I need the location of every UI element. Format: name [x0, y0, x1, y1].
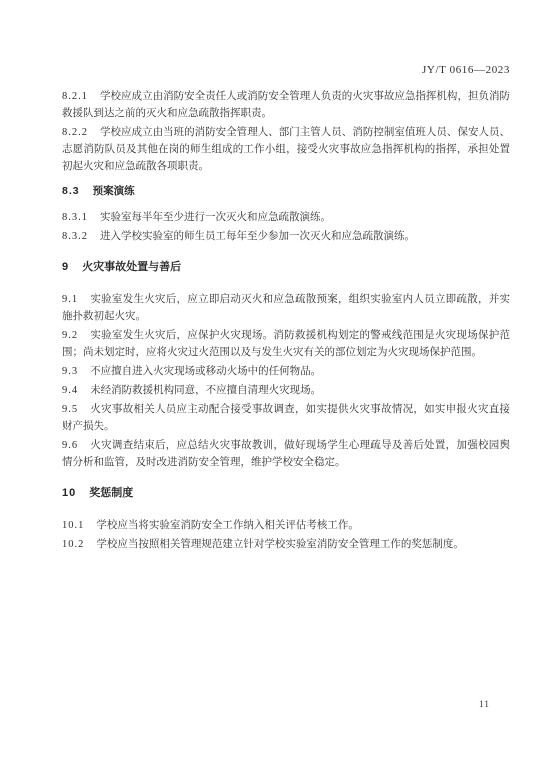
document-content: 8.2.1学校应成立由消防安全责任人或消防安全管理人负责的火灾事故应急指挥机构，…: [62, 86, 510, 555]
document-page: JY/T 0616—2023 8.2.1学校应成立由消防安全责任人或消防安全管理…: [0, 0, 554, 783]
clause-number: 9.6: [62, 440, 78, 451]
clause-9.6: 9.6火灾调查结束后，应总结火灾事故教训，做好现场学生心理疏导及善后处置，加强校…: [62, 437, 510, 471]
clause-8.3.1: 8.3.1实验室每半年至少进行一次灭火和应急疏散演练。: [62, 209, 510, 226]
clause-number: 9.1: [62, 294, 78, 305]
clause-number: 9.4: [62, 385, 78, 396]
clause-text: 奖惩制度: [89, 487, 133, 499]
clause-text: 预案演练: [93, 185, 135, 197]
clause-number: 8.3.2: [62, 231, 88, 242]
heading-9: 9火灾事故处置与善后: [62, 259, 510, 276]
page-header: JY/T 0616—2023: [62, 64, 510, 76]
clause-number: 9: [62, 261, 69, 273]
clause-9.5: 9.5火灾事故相关人员应主动配合接受事故调查，如实提供火灾事故情况，如实申报火灾…: [62, 401, 510, 435]
clause-text: 火灾调查结束后，应总结火灾事故教训，做好现场学生心理疏导及善后处置，加强校园舆情…: [62, 440, 510, 468]
heading-10: 10奖惩制度: [62, 485, 510, 502]
clause-text: 学校应成立由消防安全责任人或消防安全管理人负责的火灾事故应急指挥机构，担负消防救…: [62, 91, 510, 119]
clause-number: 8.2.2: [62, 127, 88, 138]
clause-number: 8.2.1: [62, 91, 88, 102]
clause-8.2.1: 8.2.1学校应成立由消防安全责任人或消防安全管理人负责的火灾事故应急指挥机构，…: [62, 88, 510, 122]
clause-8.3.2: 8.3.2进入学校实验室的师生员工每年至少参加一次灭火和应急疏散演练。: [62, 228, 510, 245]
clause-number: 8.3.1: [62, 212, 88, 223]
clause-9.4: 9.4未经消防救援机构同意，不应擅自清理火灾现场。: [62, 382, 510, 399]
clause-9.3: 9.3不应擅自进入火灾现场或移动火场中的任何物品。: [62, 363, 510, 380]
clause-text: 进入学校实验室的师生员工每年至少参加一次灭火和应急疏散演练。: [100, 231, 415, 242]
clause-number: 9.2: [62, 330, 78, 341]
page-footer: 11: [479, 700, 490, 710]
clause-number: 9.5: [62, 404, 78, 415]
clause-number: 9.3: [62, 366, 78, 377]
clause-text: 火灾事故处置与善后: [82, 261, 181, 273]
clause-text: 火灾事故相关人员应主动配合接受事故调查，如实提供火灾事故情况，如实申报火灾直接财…: [62, 404, 510, 432]
clause-number: 8.3: [62, 185, 80, 197]
clause-number: 10.2: [62, 539, 84, 550]
clause-text: 实验室每半年至少进行一次灭火和应急疏散演练。: [100, 212, 331, 223]
clause-text: 学校应成立由当班的消防安全管理人、部门主管人员、消防控制室值班人员、保安人员、志…: [62, 127, 510, 172]
clause-text: 实验室发生火灾后，应立即启动灭火和应急疏散预案，组织实验室内人员立即疏散，并实施…: [62, 294, 510, 322]
clause-9.2: 9.2实验室发生火灾后，应保护火灾现场。消防救援机构划定的警戒线范围是火灾现场保…: [62, 327, 510, 361]
clause-8.2.2: 8.2.2学校应成立由当班的消防安全管理人、部门主管人员、消防控制室值班人员、保…: [62, 124, 510, 175]
clause-text: 实验室发生火灾后，应保护火灾现场。消防救援机构划定的警戒线范围是火灾现场保护范围…: [62, 330, 510, 358]
clause-number: 10: [62, 487, 76, 499]
clause-text: 学校应当按照相关管理规范建立针对学校实验室消防安全管理工作的奖惩制度。: [96, 539, 464, 550]
clause-text: 学校应当将实验室消防安全工作纳入相关评估考核工作。: [96, 520, 359, 531]
clause-10.2: 10.2学校应当按照相关管理规范建立针对学校实验室消防安全管理工作的奖惩制度。: [62, 536, 510, 553]
clause-text: 未经消防救援机构同意，不应擅自清理火灾现场。: [90, 385, 321, 396]
heading-8.3: 8.3预案演练: [62, 183, 510, 200]
standard-number: JY/T 0616—2023: [422, 64, 510, 76]
clause-text: 不应擅自进入火灾现场或移动火场中的任何物品。: [90, 366, 321, 377]
page-number: 11: [479, 700, 490, 710]
clause-number: 10.1: [62, 520, 84, 531]
clause-9.1: 9.1实验室发生火灾后，应立即启动灭火和应急疏散预案，组织实验室内人员立即疏散，…: [62, 291, 510, 325]
clause-10.1: 10.1学校应当将实验室消防安全工作纳入相关评估考核工作。: [62, 517, 510, 534]
